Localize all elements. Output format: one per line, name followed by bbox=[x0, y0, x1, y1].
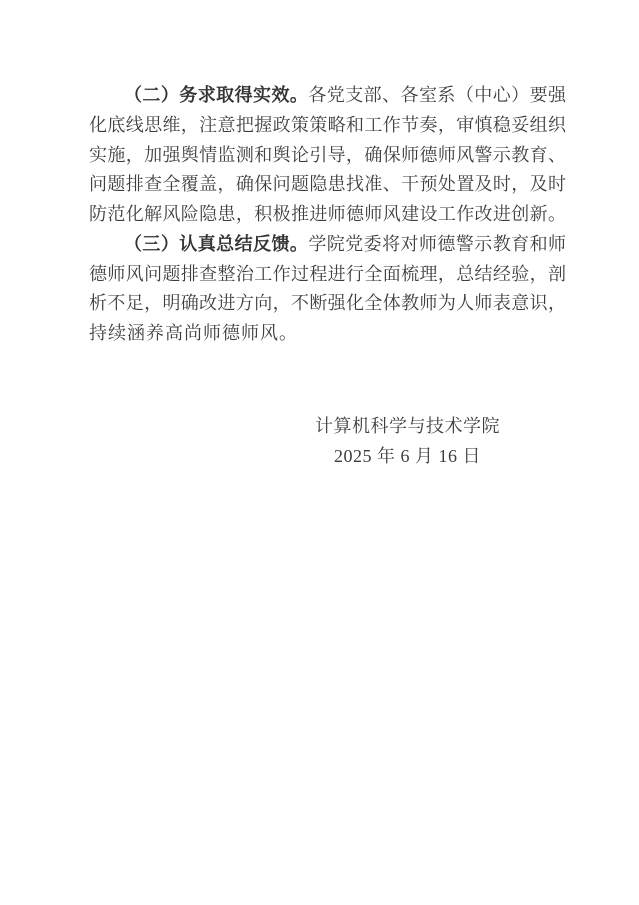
document-body: （二）务求取得实效。各党支部、各室系（中心）要强 化底线思维，注意把握政策策略和… bbox=[89, 81, 566, 349]
signature-inner: 计算机科学与技术学院 2025 年 6 月 16 日 bbox=[315, 412, 500, 472]
paragraph-2-line-1-text: 各党支部、各室系（中心）要强 bbox=[308, 85, 566, 105]
paragraph-2-line-2: 化底线思维，注意把握政策策略和工作节奏，审慎稳妥组织 bbox=[89, 111, 566, 141]
paragraph-2-line-5: 防范化解风险隐患，积极推进师德师风建设工作改进创新。 bbox=[89, 200, 566, 230]
signature-organization: 计算机科学与技术学院 bbox=[315, 412, 500, 442]
paragraph-3-line-2: 德师风问题排查整治工作过程进行全面梳理，总结经验，剖 bbox=[89, 260, 566, 290]
paragraph-3-line-4: 持续涵养高尚师德师风。 bbox=[89, 319, 566, 349]
signature-block: 计算机科学与技术学院 2025 年 6 月 16 日 bbox=[89, 412, 566, 472]
paragraph-2-line-3: 实施，加强舆情监测和舆论引导，确保师德师风警示教育、 bbox=[89, 141, 566, 171]
paragraph-2-line-1: （二）务求取得实效。各党支部、各室系（中心）要强 bbox=[89, 81, 566, 111]
paragraph-3-line-1: （三）认真总结反馈。学院党委将对师德警示教育和师 bbox=[89, 230, 566, 260]
paragraph-3-line-3: 析不足，明确改进方向，不断强化全体教师为人师表意识， bbox=[89, 289, 566, 319]
paragraph-2-line-4: 问题排查全覆盖，确保问题隐患找准、干预处置及时，及时 bbox=[89, 170, 566, 200]
paragraph-3-heading: （三）认真总结反馈。 bbox=[124, 234, 308, 254]
signature-date: 2025 年 6 月 16 日 bbox=[315, 442, 500, 472]
paragraph-3-line-1-text: 学院党委将对师德警示教育和师 bbox=[308, 234, 566, 254]
document-page: （二）务求取得实效。各党支部、各室系（中心）要强 化底线思维，注意把握政策策略和… bbox=[0, 0, 639, 905]
paragraph-2-heading: （二）务求取得实效。 bbox=[124, 85, 308, 105]
